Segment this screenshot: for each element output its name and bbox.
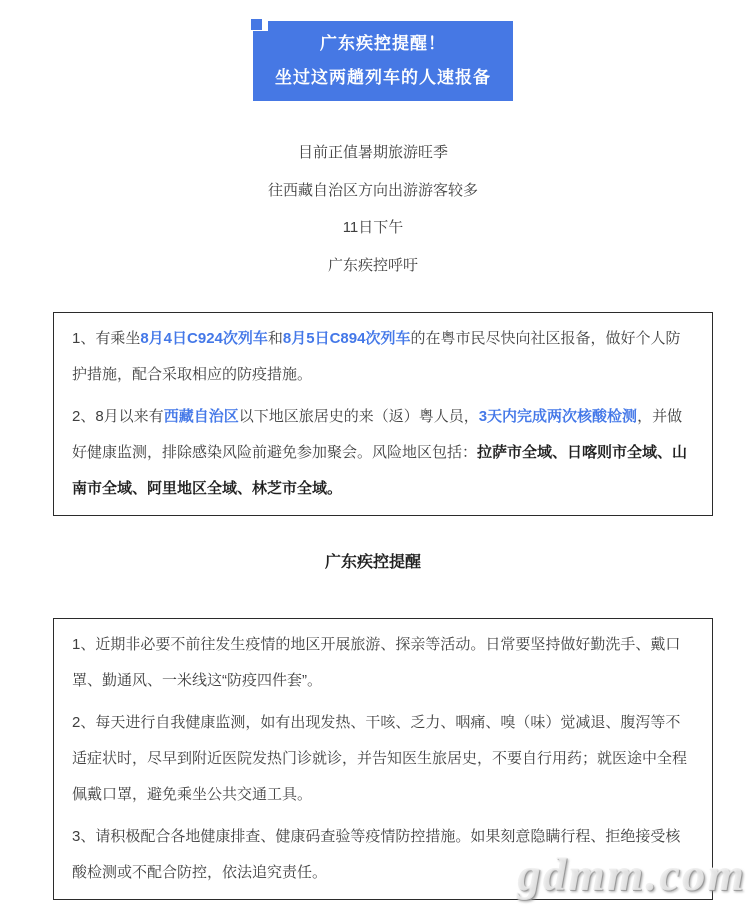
text-segment: 8月4日C924次列车 xyxy=(140,330,268,347)
notice-box-guidelines: 1、近期非必要不前往发生疫情的地区开展旅游、探亲等活动。日常要坚持做好勤洗手、戴… xyxy=(53,618,713,900)
banner: 广东疾控提醒！ 坐过这两趟列车的人速报备 xyxy=(253,21,513,101)
notice-paragraph: 1、近期非必要不前往发生疫情的地区开展旅游、探亲等活动。日常要坚持做好勤洗手、戴… xyxy=(72,627,694,699)
banner-title-line1: 广东疾控提醒！ xyxy=(253,33,513,55)
banner-corner-square-icon xyxy=(251,19,262,30)
intro-section: 目前正值暑期旅游旺季 往西藏自治区方向出游游客较多 11日下午 广东疾控呼吁 xyxy=(0,134,746,284)
notice-paragraph: 3、请积极配合各地健康排查、健康码查验等疫情防控措施。如果刻意隐瞒行程、拒绝接受… xyxy=(72,819,694,891)
text-segment: 以下地区旅居史的来（返）粤人员， xyxy=(239,408,479,425)
article-page: 广东疾控提醒！ 坐过这两趟列车的人速报备 目前正值暑期旅游旺季 往西藏自治区方向… xyxy=(0,0,746,924)
text-segment: 1、近期非必要不前往发生疫情的地区开展旅游、探亲等活动。日常要坚持做好勤洗手、戴… xyxy=(72,636,680,689)
text-segment: 3、请积极配合各地健康排查、健康码查验等疫情防控措施。如果刻意隐瞒行程、拒绝接受… xyxy=(72,828,680,881)
intro-line-1: 目前正值暑期旅游旺季 xyxy=(0,134,746,172)
intro-line-3: 11日下午 xyxy=(0,209,746,247)
notice-paragraph: 2、8月以来有西藏自治区以下地区旅居史的来（返）粤人员，3天内完成两次核酸检测，… xyxy=(72,399,694,507)
banner-title-line2: 坐过这两趟列车的人速报备 xyxy=(253,67,513,89)
text-segment: 和 xyxy=(268,330,283,347)
notice-paragraph: 2、每天进行自我健康监测，如有出现发热、干咳、乏力、咽痛、嗅（味）觉减退、腹泻等… xyxy=(72,705,694,813)
section-heading: 广东疾控提醒 xyxy=(0,549,746,577)
text-segment: 1、有乘坐 xyxy=(72,330,140,347)
text-segment: 西藏自治区 xyxy=(164,408,239,425)
text-segment: 8月5日C894次列车 xyxy=(283,330,411,347)
text-segment: 3天内完成两次核酸检测 xyxy=(479,408,637,425)
intro-line-4: 广东疾控呼吁 xyxy=(0,247,746,285)
text-segment: 2、每天进行自我健康监测，如有出现发热、干咳、乏力、咽痛、嗅（味）觉减退、腹泻等… xyxy=(72,714,687,803)
intro-line-2: 往西藏自治区方向出游游客较多 xyxy=(0,172,746,210)
text-segment: 2、8月以来有 xyxy=(72,408,164,425)
notice-paragraph: 1、有乘坐8月4日C924次列车和8月5日C894次列车的在粤市民尽快向社区报备… xyxy=(72,321,694,393)
notice-box-trains: 1、有乘坐8月4日C924次列车和8月5日C894次列车的在粤市民尽快向社区报备… xyxy=(53,312,713,516)
